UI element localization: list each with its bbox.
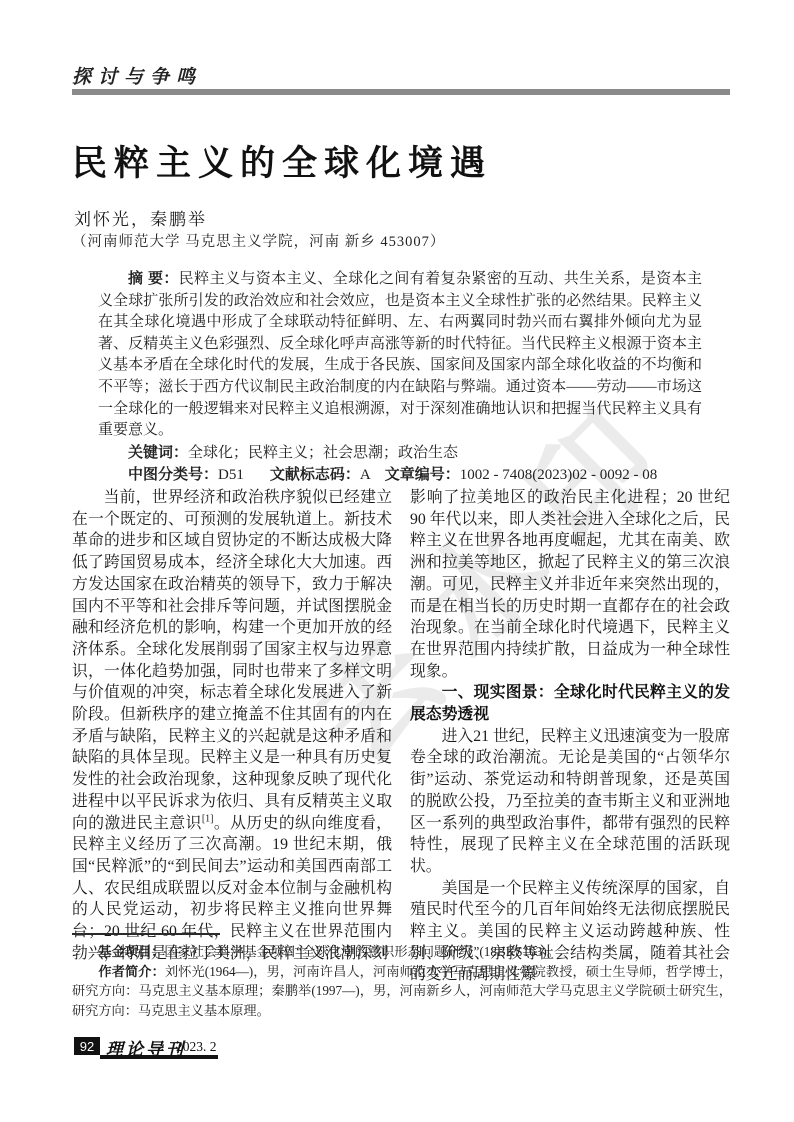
bio-label: 作者简介： xyxy=(98,964,165,979)
keywords-label: 关键词： xyxy=(128,444,188,461)
body-paragraph-left: 当前，世界经济和政治秩序貌似已经建立在一个既定的、可预测的发展轨道上。新技术革命… xyxy=(72,487,392,964)
body-paragraph: 进入21 世纪，民粹主义迅速演变为一股席卷全球的政治潮流。无论是美国的“占领华尔… xyxy=(410,726,730,878)
body-text: 当前，世界经济和政治秩序貌似已经建立在一个既定的、可预测的发展轨道上。新技术革命… xyxy=(72,489,392,832)
body-paragraph-continued: 影响了拉美地区的政治民主化进程；20 世纪 90 年代以来，即人类社会进入全球化… xyxy=(410,487,730,682)
body-columns: 当前，世界经济和政治秩序貌似已经建立在一个既定的、可预测的发展轨道上。新技术革命… xyxy=(72,487,730,986)
fund-footnote: 基金项目：国家社会科学基金项目“全球化中的意识形态问题研究”(18BKS163)… xyxy=(72,942,732,962)
footnote-divider xyxy=(72,933,220,935)
author-bio-footnote: 作者简介：刘怀光(1964—)，男，河南许昌人，河南师范大学马克思主义学院教授，… xyxy=(72,962,732,1021)
fund-text: 国家社会科学基金项目“全球化中的意识形态问题研究”(18BKS163)。 xyxy=(164,944,560,959)
abstract-paragraph: 摘 要：民粹主义与资本主义、全球化之间有着复杂紧密的互动、共生关系，是资本主义全… xyxy=(98,268,702,442)
abstract-text: 民粹主义与资本主义、全球化之间有着复杂紧密的互动、共生关系，是资本主义全球扩张所… xyxy=(98,271,702,438)
clc-value: D51 xyxy=(218,467,244,483)
article-id-value: 1002 - 7408(2023)02 - 0092 - 08 xyxy=(460,467,657,483)
doc-code-label: 文献标志码： xyxy=(270,466,360,483)
page-number-badge: 92 xyxy=(74,1037,100,1055)
article-title: 民粹主义的全球化境遇 xyxy=(72,136,492,186)
page-number: 92 xyxy=(80,1039,94,1054)
footnotes-block: 基金项目：国家社会科学基金项目“全球化中的意识形态问题研究”(18BKS163)… xyxy=(72,942,732,1020)
issue-label: 2023. 2 xyxy=(176,1039,217,1055)
header-rule xyxy=(72,89,730,95)
article-id-label: 文章编号： xyxy=(385,466,460,483)
column-right: 影响了拉美地区的政治民主化进程；20 世纪 90 年代以来，即人类社会进入全球化… xyxy=(410,487,730,986)
abstract-block: 摘 要：民粹主义与资本主义、全球化之间有着复杂紧密的互动、共生关系，是资本主义全… xyxy=(98,268,702,487)
clc-label: 中图分类号： xyxy=(128,466,218,483)
fund-label: 基金项目： xyxy=(98,944,164,959)
keywords-line: 关键词：全球化；民粹主义；社会思潮；政治生态 xyxy=(98,442,702,465)
doc-code-value: A xyxy=(360,467,371,483)
authors-line: 刘怀光，秦鹏举 xyxy=(74,205,207,230)
affiliation-line: （河南师范大学 马克思主义学院，河南 新乡 453007） xyxy=(72,230,445,251)
section-heading-1: 一、现实图景：全球化时代民粹主义的发展态势透视 xyxy=(410,682,730,725)
bio-text: 刘怀光(1964—)，男，河南许昌人，河南师范大学马克思主义学院教授，硕士生导师… xyxy=(72,964,732,1018)
body-text: 。从历史的纵向维度看，民粹主义经历了三次高潮。19 世纪末期，俄国“民粹派”的“… xyxy=(72,815,392,962)
keywords-text: 全球化；民粹主义；社会思潮；政治生态 xyxy=(188,445,458,461)
meta-line: 中图分类号：D51文献标志码：A文章编号：1002 - 7408(2023)02… xyxy=(98,464,702,487)
footnote-ref-1: [1] xyxy=(202,813,214,824)
column-left: 当前，世界经济和政治秩序貌似已经建立在一个既定的、可预测的发展轨道上。新技术革命… xyxy=(72,487,392,986)
abstract-label: 摘 要： xyxy=(128,270,179,287)
journal-page: 去水印 探讨与争鸣 民粹主义的全球化境遇 刘怀光，秦鹏举 （河南师范大学 马克思… xyxy=(0,0,794,1122)
footer-rule xyxy=(100,1055,218,1059)
header-section-label: 探讨与争鸣 xyxy=(72,62,202,89)
